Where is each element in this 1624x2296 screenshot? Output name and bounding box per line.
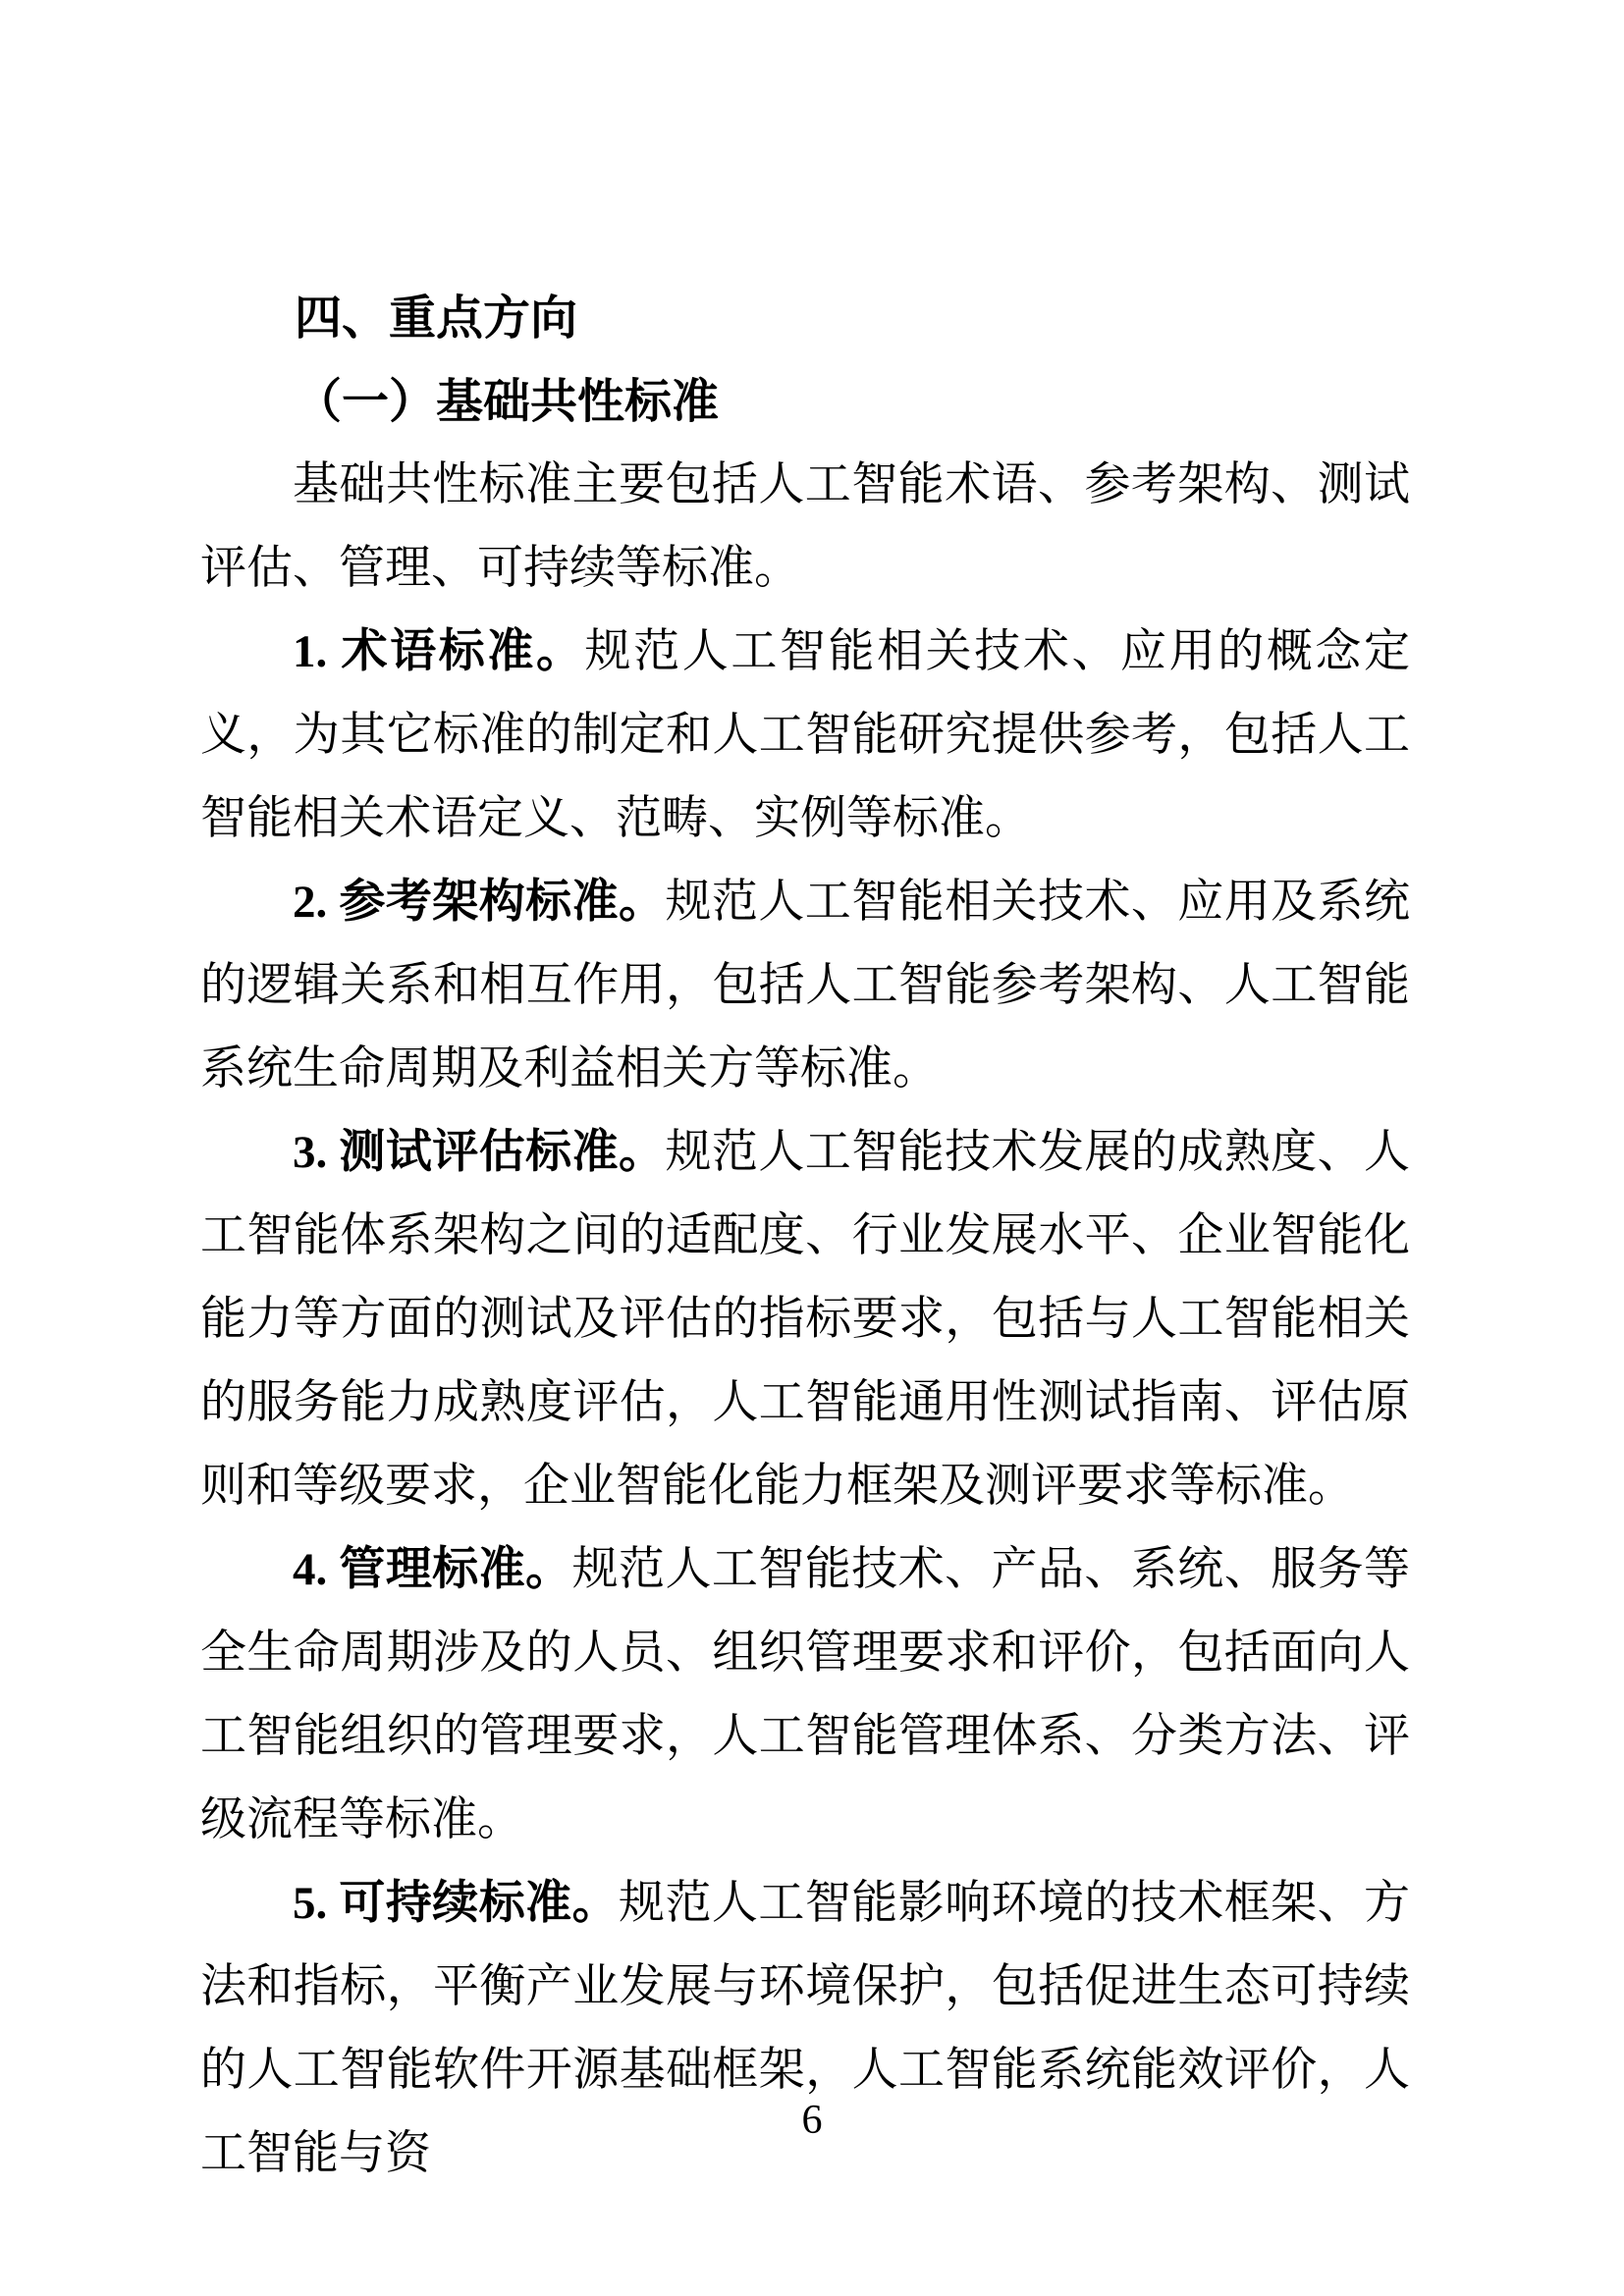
paragraph-lead: 5. 可持续标准。 xyxy=(293,1878,619,1929)
subsection-heading: （一）基础共性标准 xyxy=(200,360,1410,444)
paragraph: 基础共性标准主要包括人工智能术语、参考架构、测试评估、管理、可持续等标准。 xyxy=(200,444,1410,611)
page-number: 6 xyxy=(0,2091,1624,2150)
document-page: 四、重点方向 （一）基础共性标准 基础共性标准主要包括人工智能术语、参考架构、测… xyxy=(0,0,1624,2296)
paragraph-text: 规范人工智能技术发展的成熟度、人工智能体系架构之间的适配度、行业发展水平、企业智… xyxy=(200,1127,1410,1512)
paragraph-text: 基础共性标准主要包括人工智能术语、参考架构、测试评估、管理、可持续等标准。 xyxy=(200,459,1410,594)
paragraph: 2. 参考架构标准。规范人工智能相关技术、应用及系统的逻辑关系和相互作用，包括人… xyxy=(200,861,1410,1111)
paragraph: 3. 测试评估标准。规范人工智能技术发展的成熟度、人工智能体系架构之间的适配度、… xyxy=(200,1111,1410,1528)
paragraph: 1. 术语标准。规范人工智能相关技术、应用的概念定义，为其它标准的制定和人工智能… xyxy=(200,611,1410,861)
paragraph: 4. 管理标准。规范人工智能技术、产品、系统、服务等全生命周期涉及的人员、组织管… xyxy=(200,1528,1410,1862)
document-content: 四、重点方向 （一）基础共性标准 基础共性标准主要包括人工智能术语、参考架构、测… xyxy=(200,277,1410,2196)
section-heading: 四、重点方向 xyxy=(200,277,1410,360)
paragraph-lead: 2. 参考架构标准。 xyxy=(293,877,665,928)
paragraph-lead: 1. 术语标准。 xyxy=(293,626,585,677)
paragraph-lead: 4. 管理标准。 xyxy=(293,1544,572,1595)
paragraph-lead: 3. 测试评估标准。 xyxy=(293,1127,665,1178)
